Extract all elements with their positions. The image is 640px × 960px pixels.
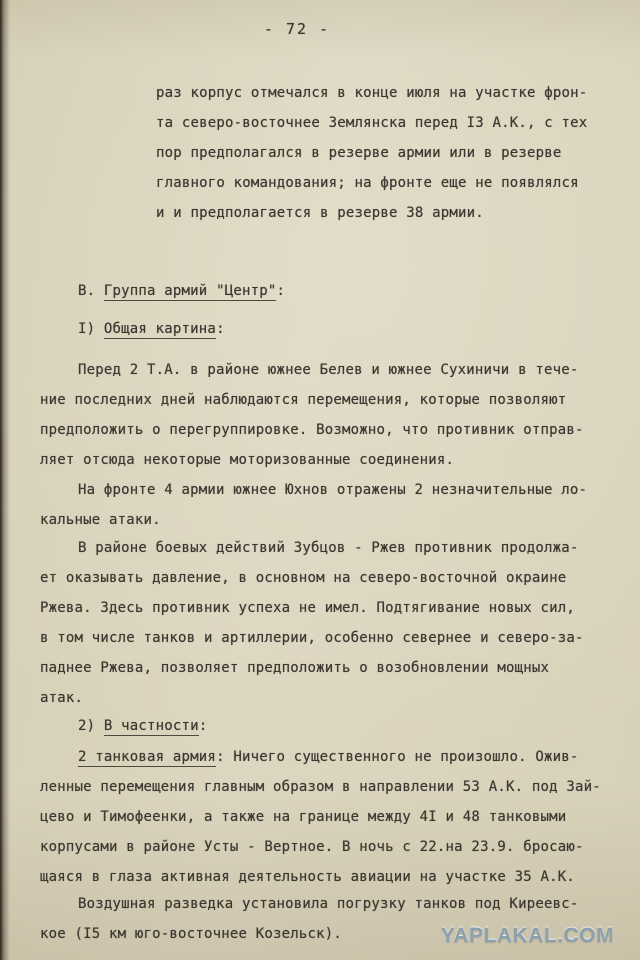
subsection-heading-1: I) Общая картина:: [40, 314, 225, 344]
subsection-colon: :: [216, 321, 225, 337]
subsection-number: I): [78, 321, 104, 337]
section-title-underlined: Группа армий "Центр": [104, 283, 277, 301]
paragraph-general-picture-2: На фронте 4 армии южнее Юхнов отражены 2…: [40, 475, 587, 535]
paragraph-general-picture-1: Перед 2 Т.А. в районе южнее Белев и южне…: [40, 355, 584, 475]
paragraph-lead-rest: : Ничего существенного не произошло. Ожи…: [40, 749, 601, 885]
subsection-heading-2: 2) В частности:: [40, 711, 207, 741]
paragraph-lead-underlined: 2 танковая армия: [78, 749, 216, 767]
subsection-colon: :: [199, 718, 208, 734]
watermark-text: YAPLAKAL.COM: [441, 924, 614, 948]
subsection-number: 2): [78, 718, 104, 734]
subsection-title-underlined: В частности: [104, 718, 199, 736]
paragraph-general-picture-3: В районе боевых действий Зубцов - Ржев п…: [40, 533, 584, 713]
section-heading-b: В. Группа армий "Центр":: [40, 276, 285, 306]
subsection-title-underlined: Общая картина: [104, 321, 216, 339]
section-colon: :: [276, 283, 285, 299]
section-letter: В.: [78, 283, 104, 299]
scanned-document-page: - 72 - раз корпус отмечался в конце июля…: [0, 0, 640, 960]
paragraph-tank-army: 2 танковая армия: Ничего существенного н…: [40, 742, 601, 892]
page-number: - 72 -: [0, 20, 594, 38]
paragraph-continuation: раз корпус отмечался в конце июля на уча…: [156, 78, 587, 228]
